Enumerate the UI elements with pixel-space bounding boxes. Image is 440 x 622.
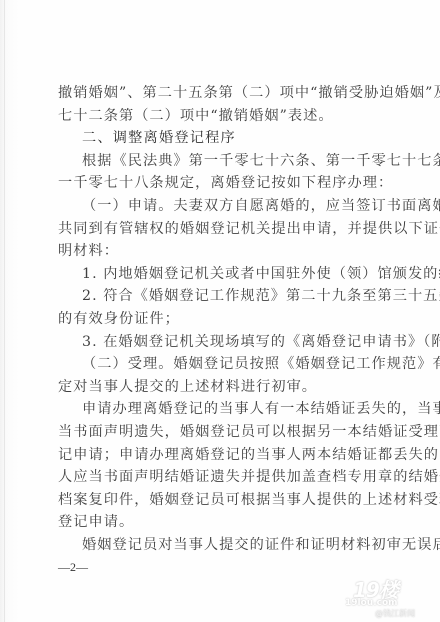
watermark-source: @钱江新闻: [375, 608, 415, 619]
text-line: 七十二条第（二）项中“撤销婚姻”表述。: [58, 105, 388, 128]
text-line: 当书面声明遗失，婚姻登记员可以根据另一本结婚证受理离婚登: [58, 421, 388, 444]
text-line: （二）受理。婚姻登记员按照《婚姻登记工作规范》有关规: [58, 353, 388, 376]
list-item: 1. 内地婚姻登记机关或者中国驻外使（领）馆颁发的结婚证；: [58, 263, 388, 286]
page-number: —2—: [58, 560, 88, 575]
document-page: 撤销婚姻”、第二十五条第（二）项中“撤销受胁迫婚姻”及第 七十二条第（二）项中“…: [0, 0, 440, 622]
text-line: 共同到有管辖权的婚姻登记机关提出申请，并提供以下证件和证: [58, 218, 388, 241]
text-line: 档案复印件，婚姻登记员可根据当事人提供的上述材料受理离婚: [58, 489, 388, 512]
text-line: 定对当事人提交的上述材料进行初审。: [58, 376, 388, 399]
text-line: 人应当书面声明结婚证遗失并提供加盖查档专用章的结婚登记: [58, 466, 388, 489]
text-line: 根据《民法典》第一千零七十六条、第一千零七十七条和第: [58, 150, 388, 173]
text-line: 登记申请。: [58, 511, 388, 534]
document-body: 撤销婚姻”、第二十五条第（二）项中“撤销受胁迫婚姻”及第 七十二条第（二）项中“…: [58, 82, 388, 556]
text-line: 明材料：: [58, 240, 388, 263]
text-line: 一千零七十八条规定，离婚登记按如下程序办理：: [58, 172, 388, 195]
list-item: 3. 在婚姻登记机关现场填写的《离婚登记申请书》（附件 1）。: [58, 331, 388, 354]
list-item: 2. 符合《婚姻登记工作规范》第二十九条至第三十五条规定: [58, 285, 388, 308]
text-line: 婚姻登记员对当事人提交的证件和证明材料初审无误后，发: [58, 534, 388, 557]
text-line: 的有效身份证件；: [58, 308, 388, 331]
text-line: 撤销婚姻”、第二十五条第（二）项中“撤销受胁迫婚姻”及第: [58, 82, 388, 105]
text-line: （一）申请。夫妻双方自愿离婚的，应当签订书面离婚协议，: [58, 195, 388, 218]
page-edge-shadow: [4, 0, 5, 622]
section-heading: 二、调整离婚登记程序: [58, 127, 388, 150]
text-line: 记申请；申请办理离婚登记的当事人两本结婚证都丢失的，当事: [58, 444, 388, 467]
watermark: 19楼 19lou.com @钱江新闻: [345, 574, 437, 620]
watermark-site: 19lou.com: [345, 598, 398, 608]
text-line: 申请办理离婚登记的当事人有一本结婚证丢失的，当事人应: [58, 398, 388, 421]
